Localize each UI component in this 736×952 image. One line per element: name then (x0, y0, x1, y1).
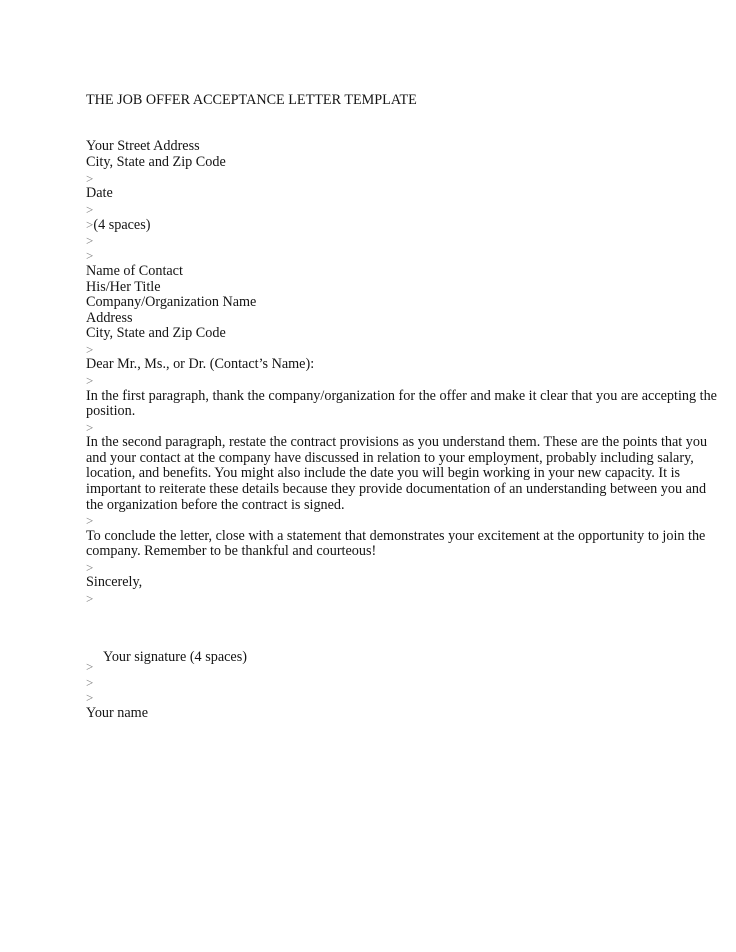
date-line: Date (86, 186, 113, 202)
recipient-city-state-zip: City, State and Zip Code (86, 326, 226, 342)
line-marker: > (86, 233, 93, 249)
letter-page: THE JOB OFFER ACCEPTANCE LETTER TEMPLATE… (0, 0, 736, 952)
recipient-name: Name of Contact (86, 264, 183, 280)
recipient-company: Company/Organization Name (86, 295, 256, 311)
line-marker: > (86, 248, 93, 264)
signature-line: Your signature (4 spaces) (103, 650, 247, 666)
spaces-note: (4 spaces) (93, 217, 150, 233)
line-marker: > (86, 675, 93, 691)
line-marker: > (86, 373, 93, 389)
paragraph-2-line-3: location, and benefits. You might also i… (86, 466, 680, 482)
paragraph-1-line-1: In the first paragraph, thank the compan… (86, 389, 717, 405)
document-title: THE JOB OFFER ACCEPTANCE LETTER TEMPLATE (86, 93, 417, 109)
line-marker: > (86, 513, 93, 529)
line-marker: > (86, 659, 93, 675)
closing: Sincerely, (86, 575, 142, 591)
sender-city-state-zip: City, State and Zip Code (86, 155, 226, 171)
your-name: Your name (86, 706, 148, 722)
paragraph-3-line-2: company. Remember to be thankful and cou… (86, 544, 376, 560)
paragraph-2-line-5: the organization before the contract is … (86, 498, 345, 514)
salutation: Dear Mr., Ms., or Dr. (Contact’s Name): (86, 357, 314, 373)
line-marker: > (86, 690, 93, 706)
sender-street: Your Street Address (86, 139, 200, 155)
spaces-note-line: >(4 spaces) (86, 217, 150, 234)
paragraph-1-line-2: position. (86, 404, 135, 420)
paragraph-2-line-4: important to reiterate these details bec… (86, 482, 706, 498)
line-marker: > (86, 591, 93, 607)
paragraph-2-line-1: In the second paragraph, restate the con… (86, 435, 707, 451)
line-marker: > (86, 202, 93, 218)
